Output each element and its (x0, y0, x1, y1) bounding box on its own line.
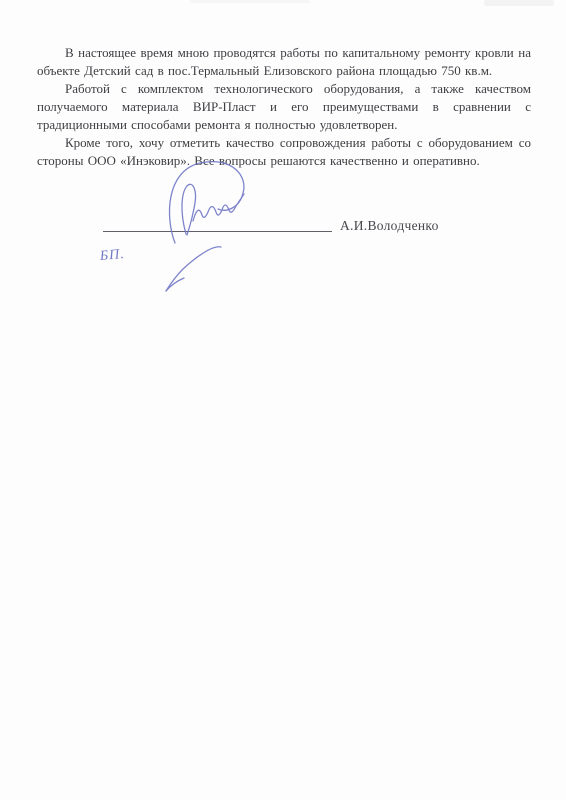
handwritten-signature-icon (95, 155, 345, 300)
signature-block: А.И.Володченко БП. (0, 150, 566, 310)
scan-artifact (484, 0, 554, 6)
scan-artifact (190, 0, 310, 3)
scanned-letter-page: В настоящее время мною проводятся работы… (0, 0, 566, 800)
paragraph-equipment-quality: Работой с комплектом технологического об… (37, 80, 531, 134)
handwritten-note: БП. (99, 247, 125, 265)
signatory-name: А.И.Володченко (340, 218, 439, 234)
paragraph-roof-repair: В настоящее время мною проводятся работы… (37, 44, 531, 80)
